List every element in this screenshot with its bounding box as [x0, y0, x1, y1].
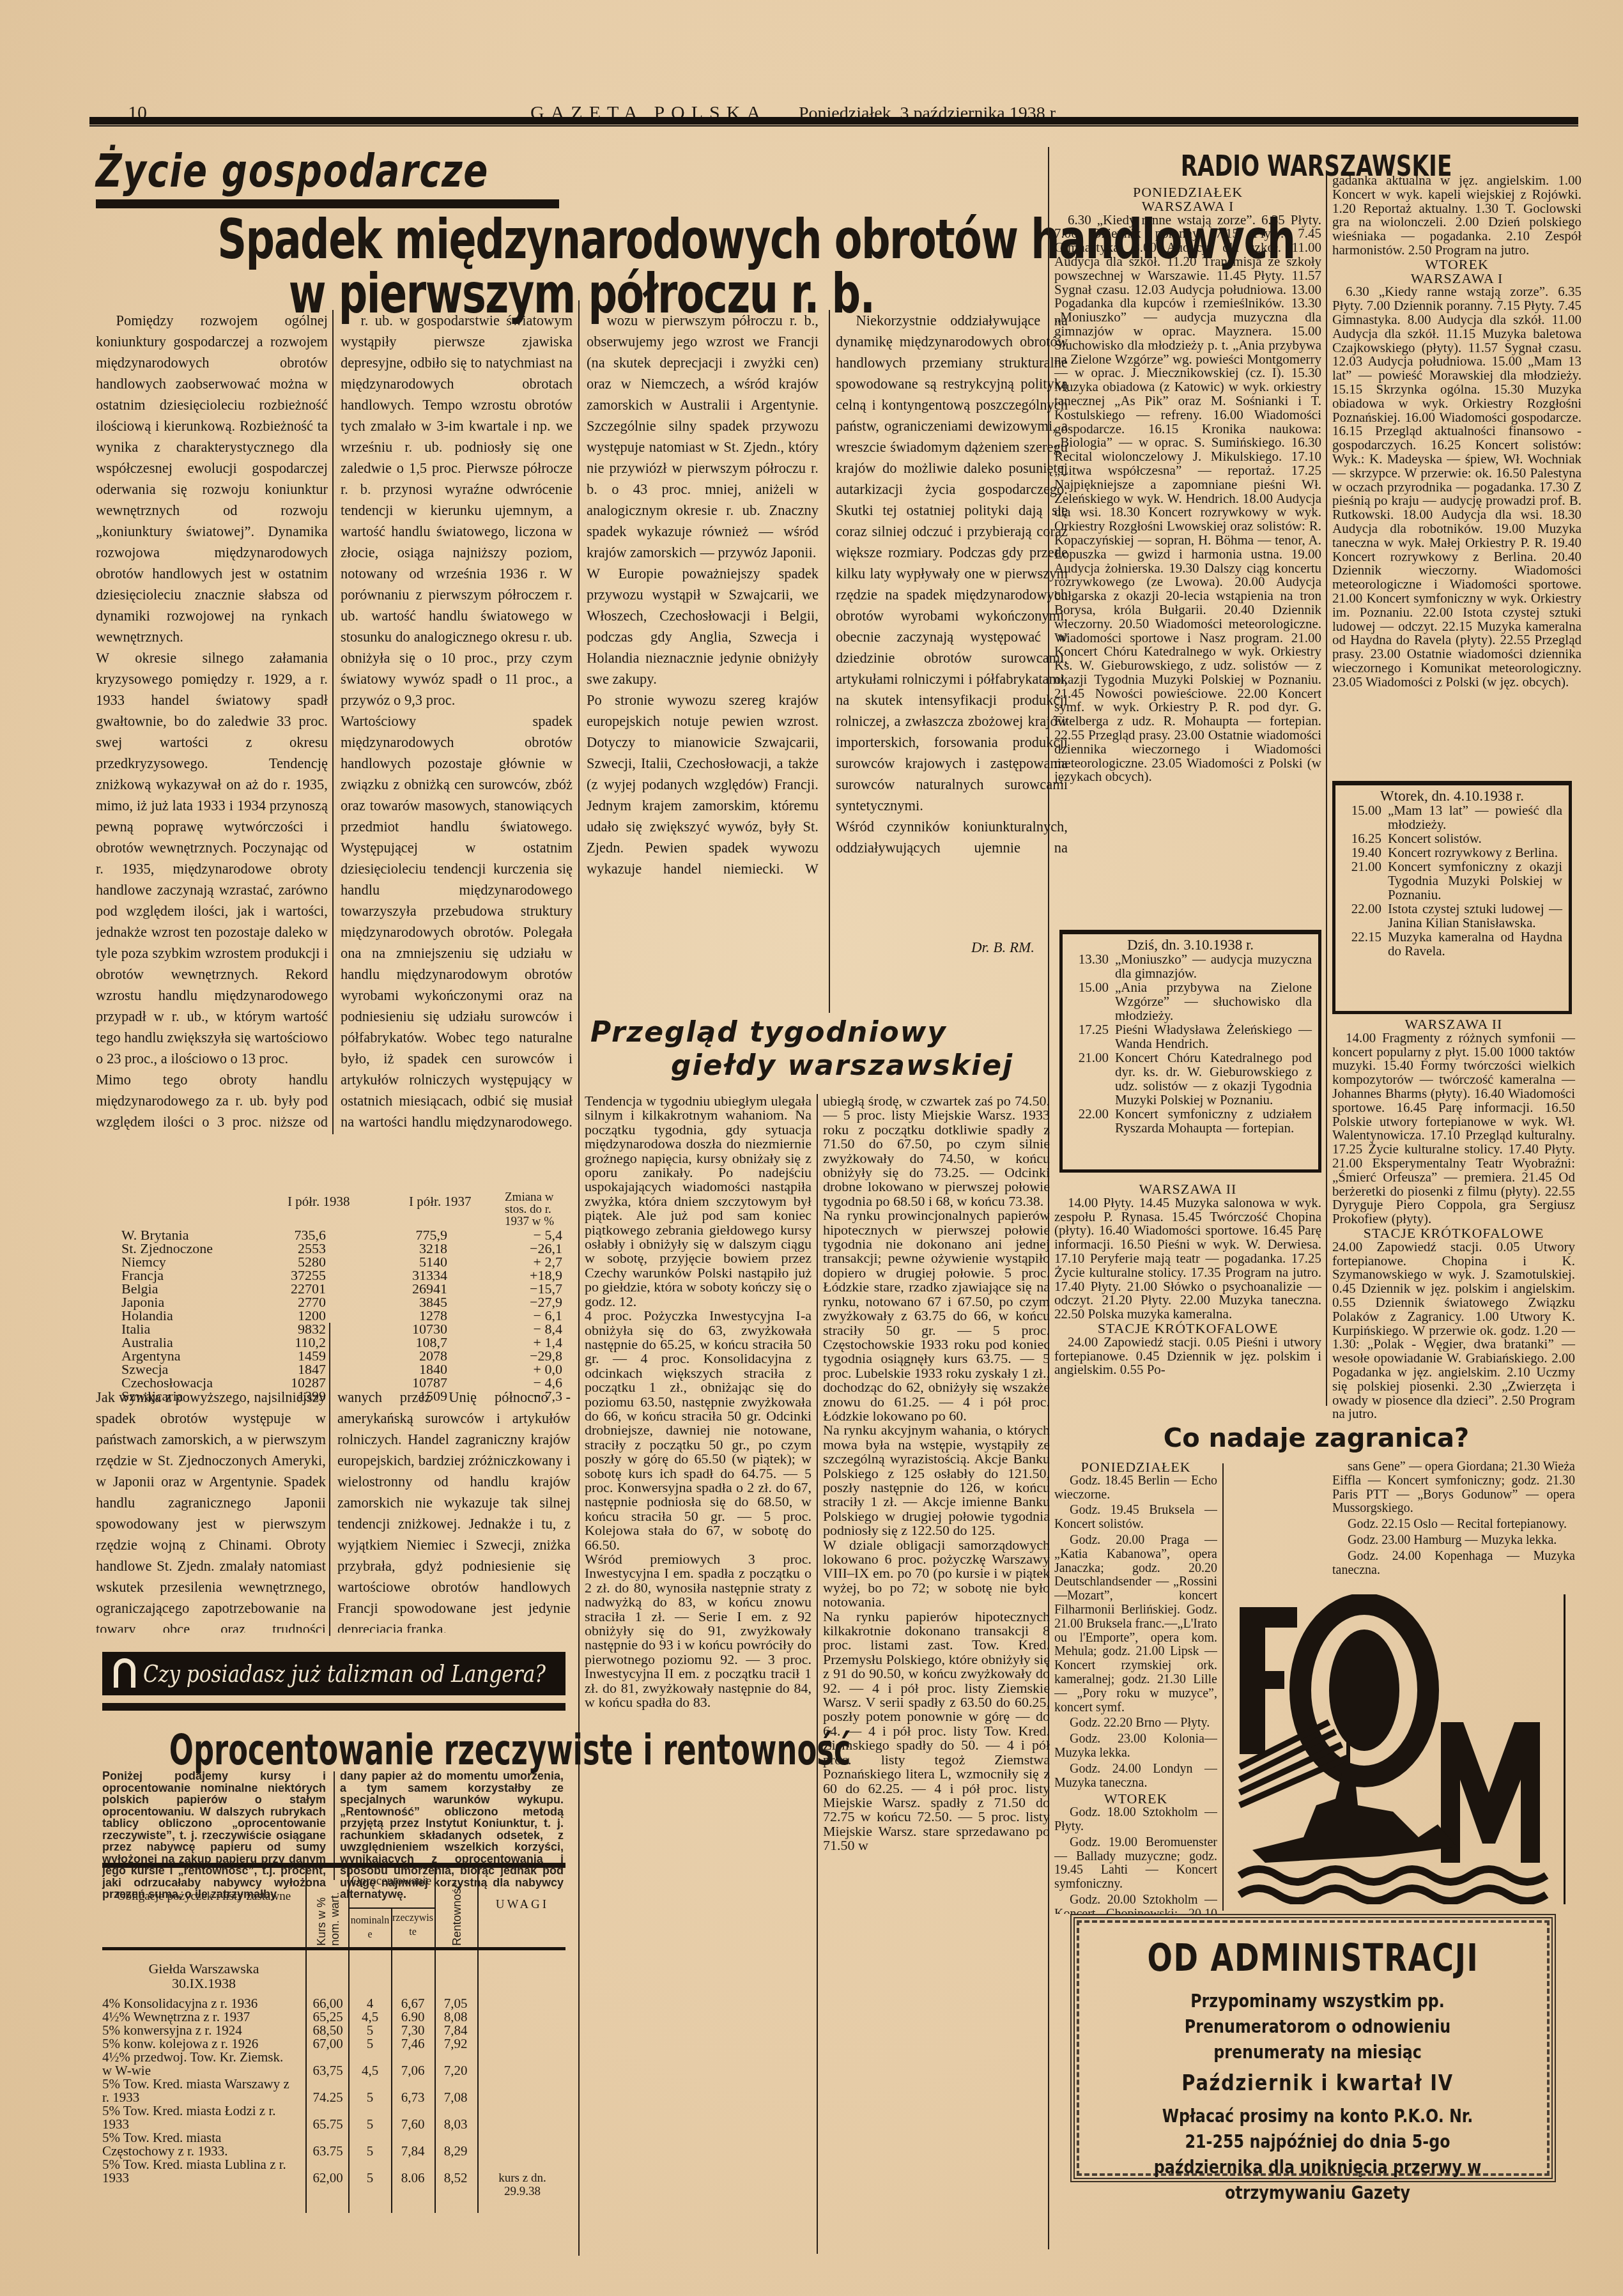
section-underline [96, 199, 559, 208]
horseshoe-icon [114, 1658, 135, 1688]
bond-price: 65,25 [308, 2010, 348, 2024]
program-item: 22.00Istota czystej sztuki ludowej — Jan… [1342, 902, 1562, 930]
bond-nominal-rate: 5 [350, 2091, 390, 2104]
box-heading: Dziś, dn. 3.10.1938 r. [1069, 938, 1312, 952]
station-heading: STACJE KRÓTKOFALOWE [1054, 1321, 1321, 1336]
col-header-notes: UWAGI [479, 1898, 565, 1912]
table-row: St. Zjednoczone25533218−26,1 [102, 1242, 562, 1255]
change-percent: + 2,7 [473, 1255, 562, 1268]
article-column-2: r. ub. w gospodarstwie światowym wystąpi… [341, 310, 573, 1134]
table-row: 5% konwersyjna z r. 192468,5057,307,84 [102, 2024, 565, 2037]
value-1938: 1847 [243, 1362, 326, 1376]
program-time: 22.00 [1069, 1107, 1115, 1135]
bond-yield: 7,84 [436, 2024, 475, 2037]
col-header-change: Zmiana w stos. do r. 1937 w % [505, 1191, 575, 1228]
bond-name: 4½% Wewnętrzna z r. 1937 [102, 2010, 294, 2024]
country-name: St. Zjednoczone [121, 1242, 213, 1255]
col-header-yield: Rentowność [450, 1876, 464, 1946]
bond-yield: 7,92 [436, 2037, 475, 2051]
bond-yield: 7,05 [436, 1997, 475, 2010]
country-name: Japonia [121, 1295, 164, 1309]
country-name: Szwecja [121, 1362, 168, 1376]
value-1938: 1200 [243, 1309, 326, 1322]
bond-name: 5% Tow. Kred. miasta Łodzi z r. 1933 [102, 2104, 294, 2131]
table-row: 5% konw. kolejowa z r. 192667,0057,467,9… [102, 2037, 565, 2051]
program-item: 22.00Koncert symfoniczny z udziałem Rysz… [1069, 1107, 1312, 1135]
table-row: 4½% Wewnętrzna z r. 193765,254,56.908,08 [102, 2010, 565, 2024]
value-1937: 108,7 [358, 1336, 447, 1349]
bond-nominal-rate: 5 [350, 2145, 390, 2158]
bond-real-rate: 7,30 [393, 2024, 433, 2037]
program-title: „Mam 13 lat” — powieść dla młodzieży. [1388, 803, 1562, 831]
bond-yield: 8,52 [436, 2171, 475, 2185]
column-divider [332, 310, 334, 1134]
bond-price: 67,00 [308, 2037, 348, 2051]
program-title: Koncert symfoniczny z udziałem Ryszarda … [1115, 1107, 1312, 1135]
column-divider [1326, 173, 1327, 1406]
value-1937: 775,9 [358, 1228, 447, 1242]
program-item: 16.25Koncert solistów. [1342, 831, 1562, 845]
column-divider [829, 310, 830, 1013]
table-top-rule [102, 1863, 565, 1868]
table-row: W. Brytania735,6775,9− 5,4 [102, 1228, 562, 1242]
schedule-text: 6.30 „Kiedy ranne wstają zorze”. 6.35 Pł… [1332, 285, 1581, 787]
program-title: „Moniuszko” — audycja muzyczna dla gimna… [1115, 952, 1312, 980]
bond-rows: 4% Konsolidacyjna z r. 193666,0046,677,0… [102, 1997, 565, 2185]
notice-payment-text: Wpłacać prosimy na konto P.K.O. Nr. 21-2… [1150, 2104, 1486, 2206]
change-percent: −26,1 [473, 1242, 562, 1255]
change-percent: − 6,1 [473, 1309, 562, 1322]
country-name: W. Brytania [121, 1228, 189, 1242]
program-time: 13.30 [1069, 952, 1115, 980]
table-row: 4% Konsolidacyjna z r. 193666,0046,677,0… [102, 1997, 565, 2010]
program-title: Koncert Chóru Katedralnego pod dyr. ks. … [1115, 1051, 1312, 1107]
foreign-program: Godz. 22.20 Brno — Płyty. [1054, 1716, 1217, 1730]
bond-yield: 8,29 [436, 2145, 475, 2158]
foreign-program: Godz. 18.00 Sztokholm — Płyty. [1054, 1806, 1217, 1834]
value-1938: 37255 [243, 1268, 326, 1282]
value-1938: 5280 [243, 1255, 326, 1268]
program-title: Koncert symfoniczny z okazji Tygodnia Mu… [1388, 859, 1562, 902]
ad-slogan: Czy posiadasz już talizman od Langera? [143, 1660, 546, 1688]
program-time: 21.00 [1069, 1051, 1115, 1107]
program-time: 21.00 [1342, 859, 1388, 902]
foreign-program: Godz. 24.00 Londyn — Muzyka taneczna. [1054, 1762, 1217, 1791]
radio-warszawa2-left: WARSZAWA II 14.00 Płyty. 14.45 Muzyka sa… [1054, 1182, 1321, 1377]
day-heading: WTOREK [1332, 258, 1581, 272]
program-title: Muzyka kameralna od Haydna do Ravela. [1388, 930, 1562, 958]
bond-nominal-rate: 4,5 [350, 2010, 390, 2024]
foreign-column-right: sans Gene” — opera Giordana; 21.30 Wieża… [1332, 1460, 1575, 1579]
value-1938: 2553 [243, 1242, 326, 1255]
column-divider [578, 300, 580, 2256]
value-1938: 110,2 [243, 1336, 326, 1349]
column-divider [817, 1094, 818, 2254]
exchange-name: Giełda Warszawska [102, 1962, 305, 1976]
article-text: wozu w pierwszym półroczu r. b., obserwu… [587, 310, 819, 879]
foreign-list: sans Gene” — opera Giordana; 21.30 Wieża… [1332, 1460, 1575, 1577]
tomorrow-highlights-box: Wtorek, dn. 4.10.1938 r. 15.00„Mam 13 la… [1332, 781, 1572, 1014]
bond-real-rate: 6,67 [393, 1997, 433, 2010]
value-1937: 3845 [358, 1295, 447, 1309]
bond-real-rate: 7,06 [393, 2064, 433, 2077]
station-heading: WARSZAWA II [1054, 1182, 1321, 1196]
col-header-price: Kurs w % nom. wart. [315, 1876, 342, 1946]
bond-name: 5% konwersyjna z r. 1924 [102, 2024, 294, 2037]
bond-real-rate: 6,73 [393, 2091, 433, 2104]
schedule-text: 14.00 Płyty. 14.45 Muzyka salonowa w wyk… [1054, 1196, 1321, 1321]
foreign-list: Godz. 18.45 Berlin — Echo wieczorne.Godz… [1054, 1474, 1217, 1791]
notice-period: Październik i kwartał IV [1150, 2070, 1486, 2096]
program-item: 17.25Pieśni Władysława Żeleńskiego — Wan… [1069, 1022, 1312, 1051]
masthead-rule [89, 117, 1578, 127]
value-1937: 1278 [358, 1309, 447, 1322]
program-title: „Ania przybywa na Zielone Wzgórze” — słu… [1115, 980, 1312, 1022]
review-column-2: ubiegłą środę, w czwartek zaś po 74.50. … [823, 1094, 1050, 2254]
radio-warszawa2-right: WARSZAWA II 14.00 Fragmenty z różnych sy… [1332, 1017, 1575, 1421]
value-1938: 9832 [243, 1322, 326, 1336]
trade-followup-left: Jak wynika z powyższego, najsilniejszy s… [96, 1387, 326, 1633]
program-item: 15.00„Ania przybywa na Zielone Wzgórze” … [1069, 980, 1312, 1022]
byline: Dr. B. RM. [971, 939, 1035, 956]
foreign-column-left: PONIEDZIAŁEK Godz. 18.45 Berlin — Echo w… [1054, 1460, 1217, 1914]
value-1937: 1840 [358, 1362, 447, 1376]
change-percent: − 8,4 [473, 1322, 562, 1336]
program-title: Koncert solistów. [1388, 831, 1562, 845]
section-title: Życie gospodarcze [96, 144, 489, 197]
today-highlights-box: Dziś, dn. 3.10.1938 r. 13.30„Moniuszko” … [1059, 930, 1321, 1173]
program-item: 15.00„Mam 13 lat” — powieść dla młodzież… [1342, 803, 1562, 831]
bonds-table: Obligacje pożyczek i listy zastawne Kurs… [102, 1863, 565, 2221]
bond-price: 63.75 [308, 2145, 348, 2158]
foreign-program: sans Gene” — opera Giordana; 21.30 Wieża… [1332, 1460, 1575, 1516]
bond-real-rate: 7,46 [393, 2037, 433, 2051]
country-name: Belgia [121, 1282, 158, 1295]
highlight-list: 13.30„Moniuszko” — audycja muzyczna dla … [1069, 952, 1312, 1135]
value-1938: 22701 [243, 1282, 326, 1295]
bond-real-rate: 7,84 [393, 2145, 433, 2158]
col-header-1938: I półr. 1938 [288, 1195, 350, 1208]
bond-yield: 7,08 [436, 2091, 475, 2104]
bond-nominal-rate: 5 [350, 2024, 390, 2037]
box-heading: Wtorek, dn. 4.10.1938 r. [1342, 789, 1562, 803]
bond-nominal-rate: 5 [350, 2171, 390, 2185]
value-1937: 2078 [358, 1349, 447, 1362]
foreign-program: Godz. 20.00 Sztokholm — Koncert Chopinow… [1054, 1893, 1217, 1914]
table-row: Francja3725531334+18,9 [102, 1268, 562, 1282]
program-item: 13.30„Moniuszko” — audycja muzyczna dla … [1069, 952, 1312, 980]
program-title: Koncert rozrywkowy z Berlina. [1388, 845, 1562, 859]
table-row: Niemcy52805140+ 2,7 [102, 1255, 562, 1268]
article-text: r. ub. w gospodarstwie światowym wystąpi… [341, 310, 573, 1134]
station-heading: STACJE KRÓTKOFALOWE [1332, 1226, 1575, 1240]
col-header-interest: Oprocentowanie [348, 1874, 435, 1888]
bond-price: 63,75 [308, 2064, 348, 2077]
fom-advertisement[interactable]: FOM [1227, 1594, 1565, 1904]
change-percent: +18,9 [473, 1268, 562, 1282]
country-name: Niemcy [121, 1255, 166, 1268]
table-header-split [348, 1907, 435, 1909]
col-header-real: rzeczywiste [392, 1911, 433, 1939]
bond-nominal-rate: 5 [350, 2037, 390, 2051]
foreign-program: Godz. 19.45 Bruksela — Koncert solistów. [1054, 1504, 1217, 1532]
value-1937: 31334 [358, 1268, 447, 1282]
foreign-list: Godz. 18.00 Sztokholm — Płyty.Godz. 19.0… [1054, 1806, 1217, 1914]
station-heading: WARSZAWA I [1332, 272, 1581, 286]
program-item: 21.00Koncert symfoniczny z okazji Tygodn… [1342, 859, 1562, 902]
radio-column-2: gadanka aktualna w jęz. angielskim. 1.00… [1332, 174, 1581, 787]
trade-rows: W. Brytania735,6775,9− 5,4St. Zjednoczon… [102, 1228, 562, 1403]
schedule-text: 6.30 „Kiedy ranne wstają zorze”. 6.35 Pł… [1054, 213, 1321, 785]
foreign-program: Godz. 19.00 Beromuenster — Ballady muzyc… [1054, 1836, 1217, 1892]
bond-nominal-rate: 5 [350, 2118, 390, 2131]
col-header-nominal: nominalne [350, 1914, 390, 1942]
table-row: Belgia2270126941−15,7 [102, 1282, 562, 1295]
bond-name: 5% konw. kolejowa z r. 1926 [102, 2037, 294, 2051]
country-name: Francja [121, 1268, 164, 1282]
notice-title: OD ADMINISTRACJI [1123, 1936, 1504, 1980]
bond-name: 5% Tow. Kred. miasta Częstochowy z r. 19… [102, 2131, 294, 2158]
highlight-list: 15.00„Mam 13 lat” — powieść dla młodzież… [1342, 803, 1562, 958]
program-time: 17.25 [1069, 1022, 1115, 1051]
bond-yield: 8,08 [436, 2010, 475, 2024]
value-1938: 1459 [243, 1349, 326, 1362]
schedule-text: 14.00 Fragmenty z różnych symfonii — kon… [1332, 1031, 1575, 1226]
table-row: Szwecja18471840+ 0,0 [102, 1362, 562, 1376]
bond-price: 68,50 [308, 2024, 348, 2037]
table-row: 5% Tow. Kred. miasta Lublina z r. 193362… [102, 2158, 565, 2185]
foreign-radio-title: Co nadaje zagranica? [1048, 1424, 1585, 1453]
change-percent: + 0,0 [473, 1362, 562, 1376]
station-heading: WARSZAWA I [1054, 199, 1321, 213]
change-percent: − 5,4 [473, 1228, 562, 1242]
col-header-1937: I półr. 1937 [409, 1195, 471, 1208]
program-item: 22.15Muzyka kameralna od Haydna do Ravel… [1342, 930, 1562, 958]
article-column-1: Pomiędzy rozwojem ogólnej koniunktury go… [96, 310, 328, 1134]
section-rule [102, 1703, 565, 1711]
program-time: 22.15 [1342, 930, 1388, 958]
bond-name: 5% Tow. Kred. miasta Lublina z r. 1933 [102, 2158, 294, 2185]
foreign-program: Godz. 23.00 Kolonia—Muzyka lekka. [1054, 1732, 1217, 1761]
bond-real-rate: 7,60 [393, 2118, 433, 2131]
exchange-date: 30.IX.1938 [102, 1976, 305, 1991]
program-item: 19.40Koncert rozrywkowy z Berlina. [1342, 845, 1562, 859]
table-row: 5% Tow. Kred. miasta Częstochowy z r. 19… [102, 2131, 565, 2158]
table-row: Argentyna14592078−29,8 [102, 1349, 562, 1362]
day-heading: PONIEDZIAŁEK [1054, 1460, 1217, 1474]
col-header-bonds: Obligacje pożyczek i listy zastawne [102, 1882, 305, 1911]
program-time: 19.40 [1342, 845, 1388, 859]
article-column-4: Niekorzystnie oddziaływujące na dynamikę… [836, 310, 1068, 859]
article-text: Pomiędzy rozwojem ogólnej koniunktury go… [96, 310, 328, 1134]
change-percent: −27,9 [473, 1295, 562, 1309]
interest-article-title: Oprocentowanie rzeczywiste i rentowność [169, 1725, 508, 1775]
bond-name: 5% Tow. Kred. miasta Warszawy z r. 1933 [102, 2077, 294, 2104]
review-article-title: Przegląd tygodniowy giełdy warszawskiej [581, 1016, 1042, 1083]
fom-logo-ship-icon [1227, 1594, 1565, 1904]
table-row: Japonia27703845−27,9 [102, 1295, 562, 1309]
station-heading: WARSZAWA II [1332, 1017, 1575, 1031]
value-1937: 26941 [358, 1282, 447, 1295]
bond-price: 65.75 [308, 2118, 348, 2131]
program-item: 21.00Koncert Chóru Katedralnego pod dyr.… [1069, 1051, 1312, 1107]
program-time: 15.00 [1069, 980, 1115, 1022]
country-name: Argentyna [121, 1349, 180, 1362]
foreign-program: Godz. 22.15 Oslo — Recital fortepianowy. [1332, 1518, 1575, 1532]
foreign-program: Godz. 18.45 Berlin — Echo wieczorne. [1054, 1474, 1217, 1502]
foreign-program: Godz. 24.00 Kopenhaga — Muzyka taneczna. [1332, 1550, 1575, 1578]
bond-price: 66,00 [308, 1997, 348, 2010]
country-name: Australia [121, 1336, 173, 1349]
program-time: 15.00 [1342, 803, 1388, 831]
table-row: 5% Tow. Kred. miasta Łodzi z r. 193365.7… [102, 2104, 565, 2131]
country-name: Holandia [121, 1309, 173, 1322]
day-heading: WTOREK [1054, 1792, 1217, 1806]
change-percent: −29,8 [473, 1349, 562, 1362]
radio-column-1: PONIEDZIAŁEK WARSZAWA I 6.30 „Kiedy rann… [1054, 185, 1321, 784]
bond-real-rate: 8.06 [393, 2171, 433, 2185]
table-row: 5% Tow. Kred. miasta Warszawy z r. 19337… [102, 2077, 565, 2104]
schedule-text: 24.00 Zapowiedź stacji. 0.05 Utwory fort… [1332, 1240, 1575, 1421]
talisman-advertisement[interactable]: Czy posiadasz już talizman od Langera? [102, 1652, 565, 1695]
change-percent: −15,7 [473, 1282, 562, 1295]
bond-yield: 7,20 [436, 2064, 475, 2077]
table-row: 4½% przedwoj. Tow. Kr. Ziemsk. w W-wie63… [102, 2051, 565, 2077]
article-text: Niekorzystnie oddziaływujące na dynamikę… [836, 310, 1068, 859]
bond-name: 4% Konsolidacyjna z r. 1936 [102, 1997, 294, 2010]
value-1937: 3218 [358, 1242, 447, 1255]
table-row: Italia983210730− 8,4 [102, 1322, 562, 1336]
table-header-rule [102, 1947, 565, 1950]
program-time: 16.25 [1342, 831, 1388, 845]
foreign-program: Godz. 20.00 Praga — „Katia Kabanowa”, op… [1054, 1534, 1217, 1714]
bond-price: 74.25 [308, 2091, 348, 2104]
bond-nominal-rate: 4 [350, 1997, 390, 2010]
administration-notice: OD ADMINISTRACJI Przypominamy wszystkim … [1070, 1914, 1556, 2182]
day-heading: PONIEDZIAŁEK [1054, 185, 1321, 199]
schedule-text: 24.00 Zapowiedź stacji. 0.05 Pieśni i ut… [1054, 1336, 1321, 1377]
value-1938: 735,6 [243, 1228, 326, 1242]
article-column-3: wozu w pierwszym półroczu r. b., obserwu… [587, 310, 819, 879]
country-name: Italia [121, 1322, 150, 1336]
schedule-text: gadanka aktualna w jęz. angielskim. 1.00… [1332, 174, 1581, 258]
bond-yield: 8,03 [436, 2118, 475, 2131]
bond-price: 62,00 [308, 2171, 348, 2185]
program-title: Pieśni Władysława Żeleńskiego — Wanda He… [1115, 1022, 1312, 1051]
foreign-program: Godz. 23.00 Hamburg — Muzyka lekka. [1332, 1534, 1575, 1548]
bond-note: kurs z dn. 29.9.38 [479, 2171, 565, 2198]
program-title: Istota czystej sztuki ludowej — Janina K… [1388, 902, 1562, 930]
value-1938: 2770 [243, 1295, 326, 1309]
notice-text: Przypominamy wszystkim pp. Prenumeratoro… [1150, 1989, 1486, 2065]
trade-followup-right: wanych przez Unię północno - amerykańską… [337, 1387, 571, 1633]
value-1937: 5140 [358, 1255, 447, 1268]
bond-nominal-rate: 4,5 [350, 2064, 390, 2077]
program-time: 22.00 [1342, 902, 1388, 930]
review-title-line1: Przegląd tygodniowy [581, 1016, 1042, 1049]
bond-real-rate: 6.90 [393, 2010, 433, 2024]
column-divider [1222, 1463, 1224, 1911]
change-percent: + 1,4 [473, 1336, 562, 1349]
table-row: Holandia12001278− 6,1 [102, 1309, 562, 1322]
review-title-line2: giełdy warszawskiej [581, 1049, 1042, 1083]
value-1937: 10730 [358, 1322, 447, 1336]
review-column-1: Tendencja w tygodniu ubiegłym ulegała si… [585, 1094, 811, 2254]
table-row: Australia110,2108,7+ 1,4 [102, 1336, 562, 1349]
bond-name: 4½% przedwoj. Tow. Kr. Ziemsk. w W-wie [102, 2051, 294, 2077]
